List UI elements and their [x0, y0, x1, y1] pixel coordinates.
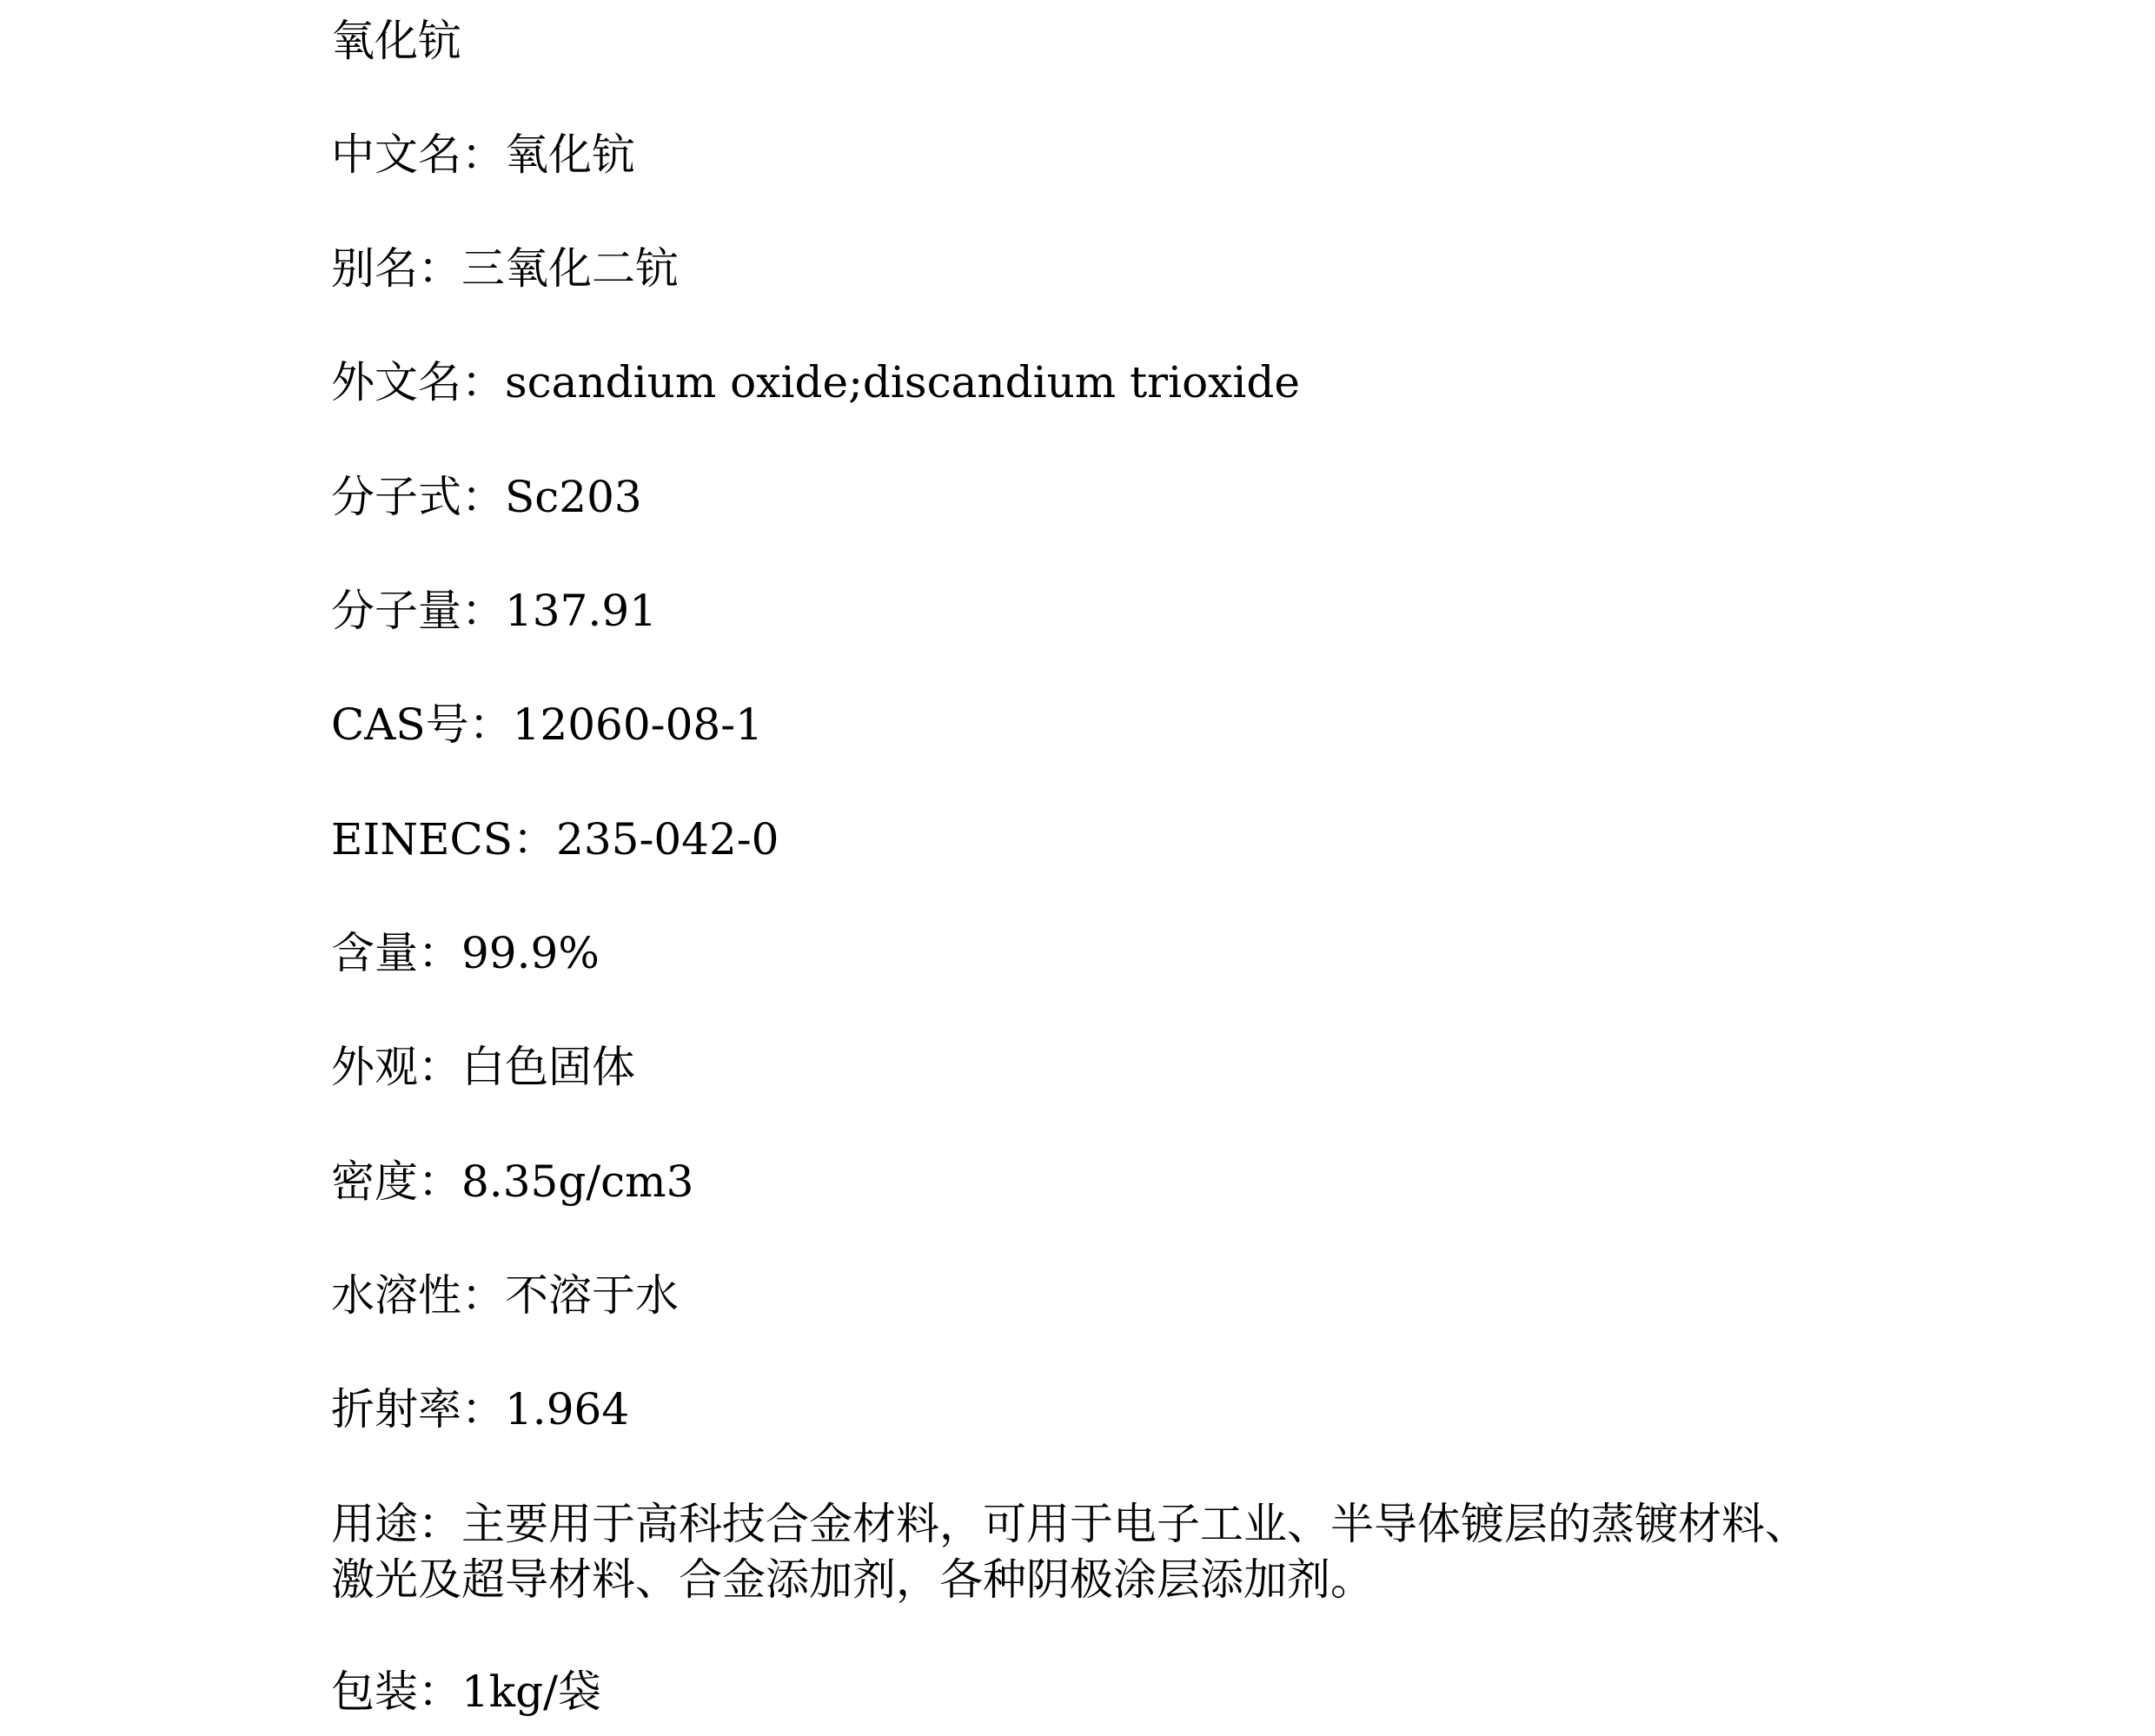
field-label: EINECS：	[331, 814, 556, 865]
field-value: 不溶于水	[505, 1270, 679, 1321]
field-value: 氧化钪	[505, 129, 635, 180]
field-value: 1.964	[505, 1384, 629, 1435]
field-value: 137.91	[505, 586, 657, 636]
field-usage: 用途：主要用于高科技合金材料，可用于电子工业、半导体镀层的蒸镀材料、激光及超导材…	[331, 1496, 1826, 1607]
field-value: 8.35g/cm3	[461, 1156, 693, 1207]
field-value: 主要用于高科技合金材料，可用于电子工业、半导体镀层的蒸镀材料、激光及超导材料、合…	[331, 1499, 1808, 1605]
field-foreign-name: 外文名：scandium oxide;discandium trioxide	[331, 354, 1300, 410]
field-label: 含量：	[331, 928, 461, 978]
field-refractive-index: 折射率：1.964	[331, 1382, 629, 1437]
field-molecular-formula: 分子式：Sc203	[331, 469, 642, 525]
field-label: 折射率：	[331, 1384, 505, 1435]
field-appearance: 外观：白色固体	[331, 1039, 635, 1095]
field-value: 1kg/袋	[461, 1666, 601, 1717]
field-label: 密度：	[331, 1156, 461, 1207]
field-einecs: EINECS：235-042-0	[331, 812, 779, 867]
field-label: 包装：	[331, 1666, 461, 1717]
field-value: 白色固体	[461, 1042, 635, 1092]
field-label: CAS号：	[331, 699, 513, 750]
field-value: scandium oxide;discandium trioxide	[505, 357, 1300, 407]
field-value: 三氧化二钪	[461, 243, 679, 294]
field-cas-number: CAS号：12060-08-1	[331, 697, 763, 752]
field-label: 外观：	[331, 1042, 461, 1092]
document-title: 氧化钪	[331, 13, 461, 69]
field-value: Sc203	[505, 472, 642, 522]
field-chinese-name: 中文名：氧化钪	[331, 127, 635, 182]
field-label: 分子式：	[331, 472, 505, 522]
field-alias: 别名：三氧化二钪	[331, 241, 679, 296]
field-label: 分子量：	[331, 586, 505, 636]
field-value: 99.9%	[461, 928, 600, 978]
field-molecular-weight: 分子量：137.91	[331, 583, 657, 639]
field-content: 含量：99.9%	[331, 925, 600, 981]
field-label: 中文名：	[331, 129, 505, 180]
field-label: 水溶性：	[331, 1270, 505, 1321]
field-water-solubility: 水溶性：不溶于水	[331, 1268, 679, 1323]
field-label: 别名：	[331, 243, 461, 294]
field-packaging: 包装：1kg/袋	[331, 1664, 601, 1719]
field-value: 235-042-0	[556, 814, 779, 865]
field-label: 外文名：	[331, 357, 505, 407]
field-value: 12060-08-1	[513, 699, 763, 750]
field-density: 密度：8.35g/cm3	[331, 1154, 693, 1209]
field-label: 用途：	[331, 1499, 461, 1549]
